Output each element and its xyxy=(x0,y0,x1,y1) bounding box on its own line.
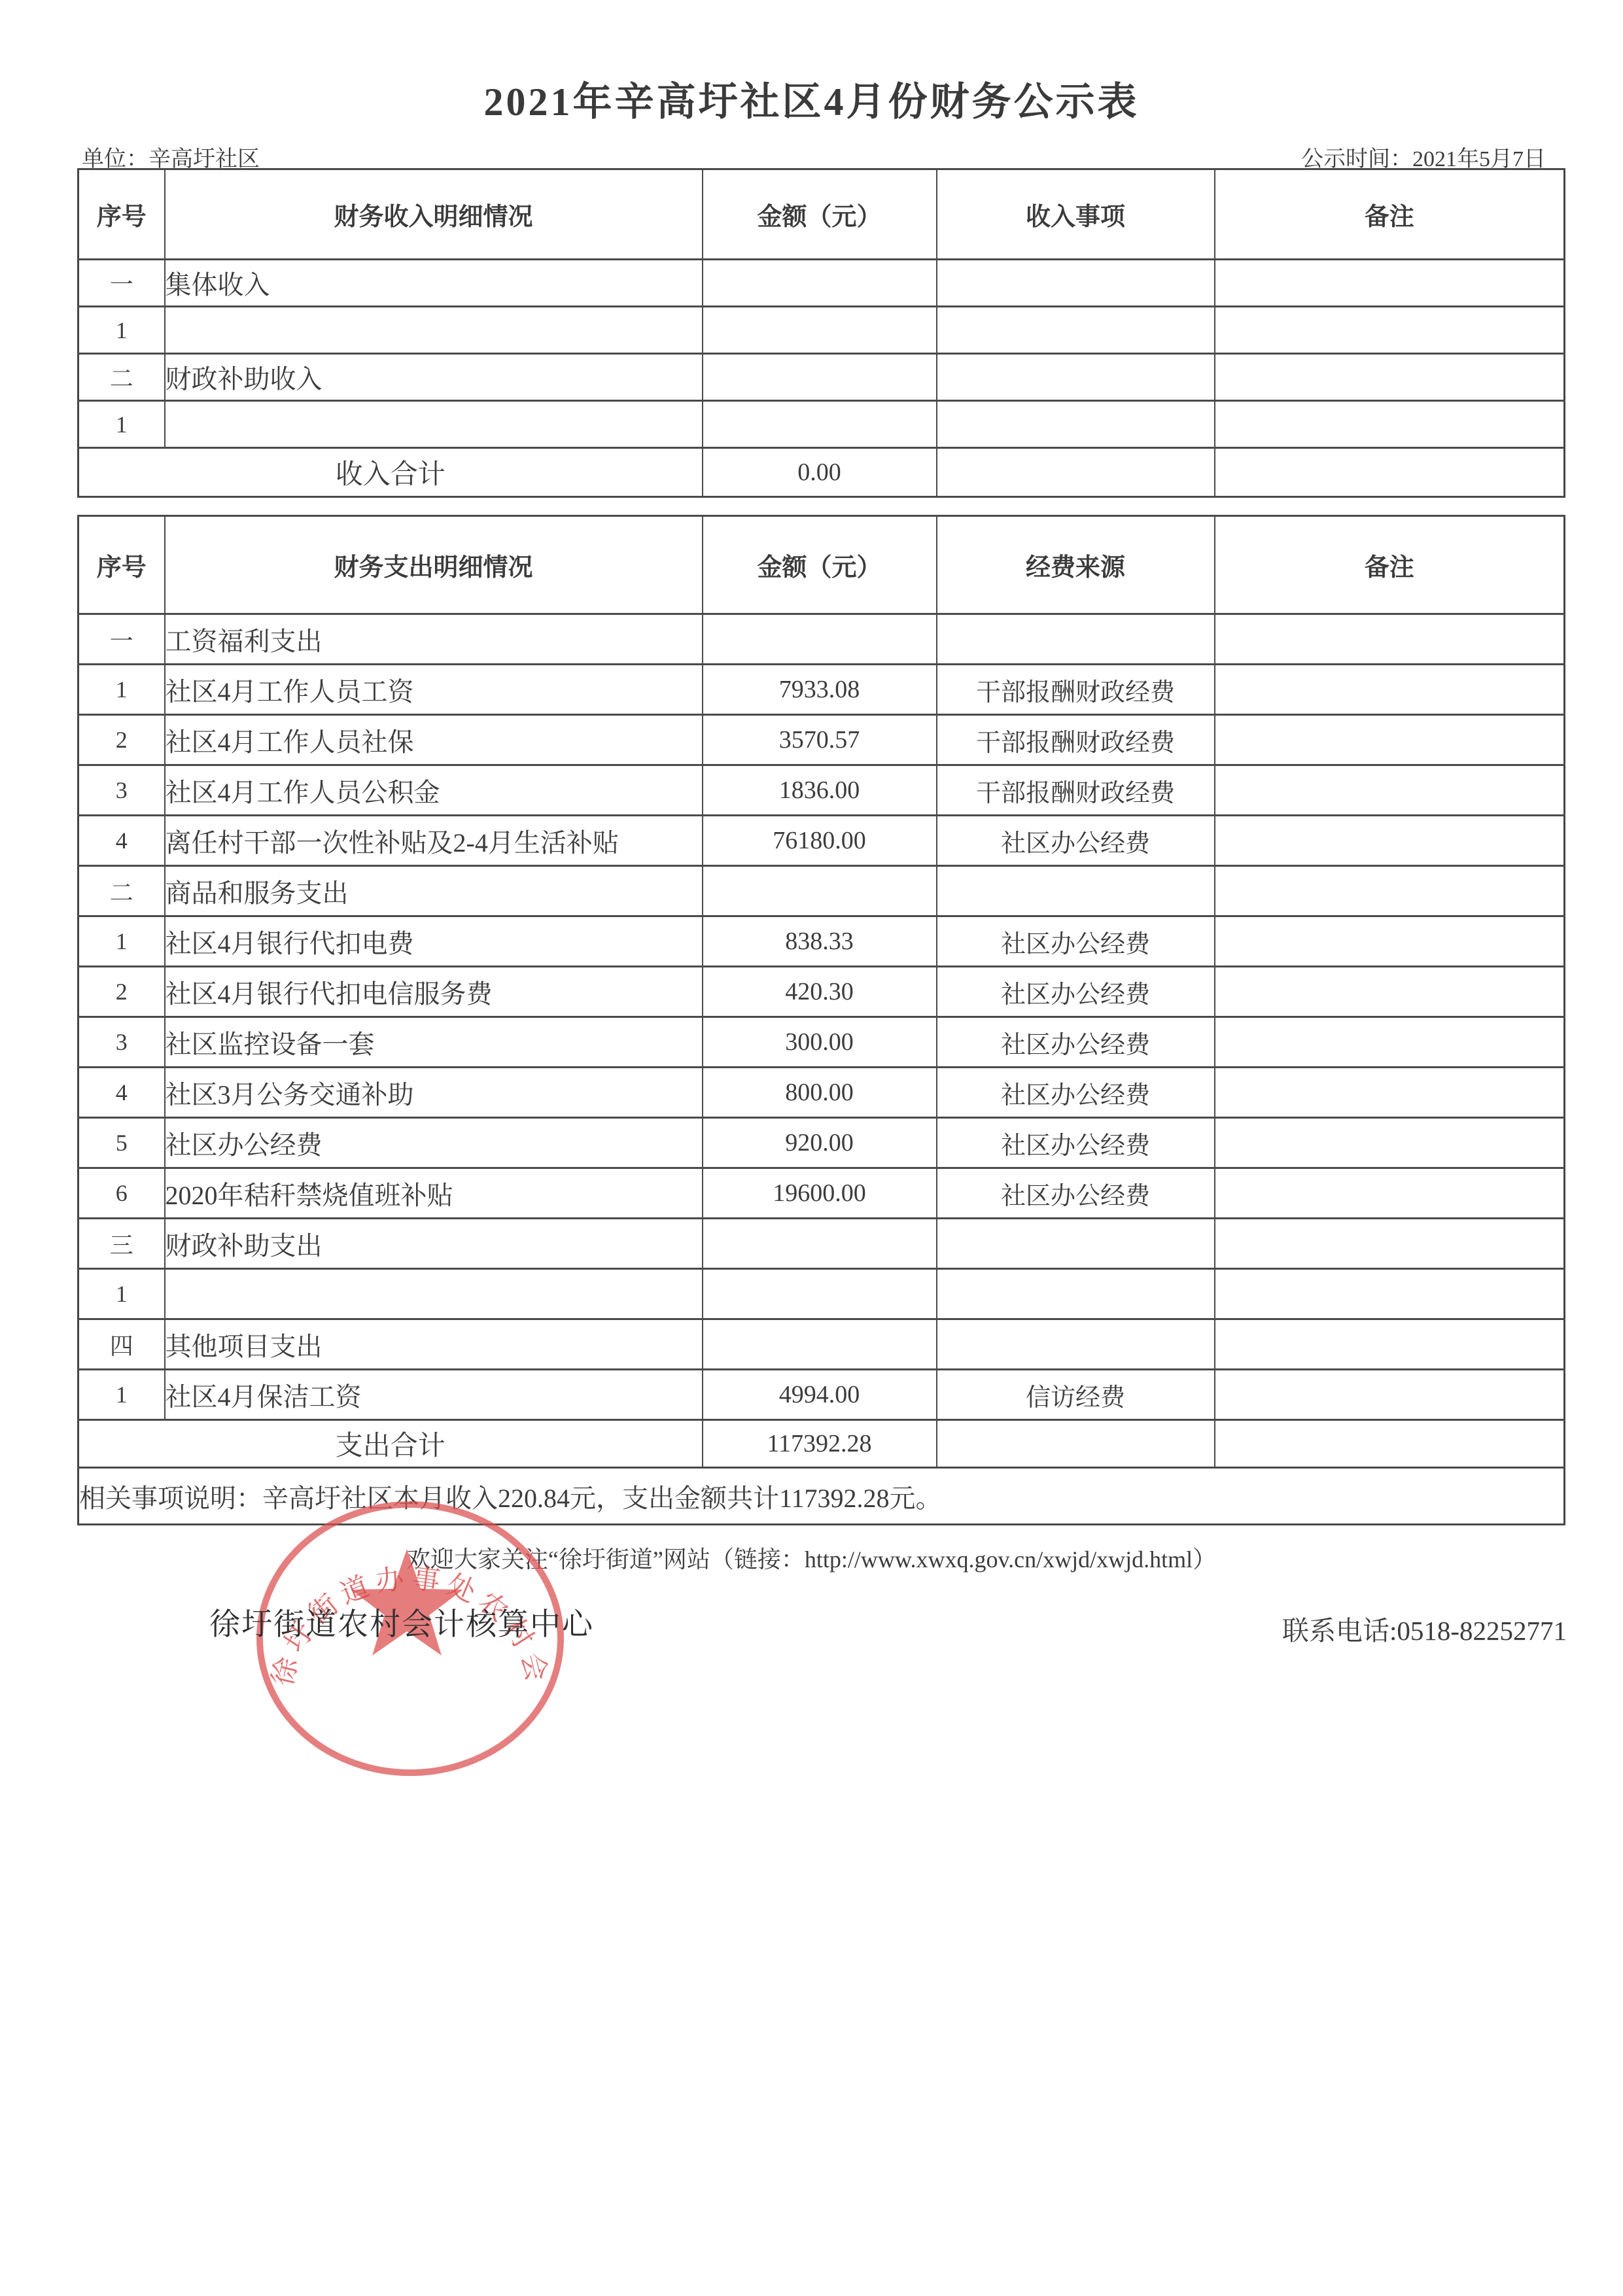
desc-cell: 社区4月工作人员公积金 xyxy=(165,765,703,816)
note-cell xyxy=(1215,765,1565,816)
seq-cell: 1 xyxy=(79,307,165,354)
desc-cell: 社区4月工作人员社保 xyxy=(165,715,703,765)
income-table: 序号 财务收入明细情况 金额（元） 收入事项 备注 一 集体收入 1 二 财政补… xyxy=(77,168,1565,498)
desc-cell: 其他项目支出 xyxy=(165,1319,703,1370)
desc-cell: 社区4月银行代扣电费 xyxy=(165,916,703,967)
source-cell: 社区办公经费 xyxy=(937,1017,1215,1068)
table-row: 3 社区4月工作人员公积金 1836.00 干部报酬财政经费 xyxy=(79,765,1565,816)
table-row: 1 xyxy=(79,1269,1565,1319)
amount-cell xyxy=(703,260,937,307)
expense-header-seq: 序号 xyxy=(79,516,165,614)
desc-cell: 商品和服务支出 xyxy=(165,866,703,916)
amount-cell xyxy=(703,1319,937,1370)
note-cell xyxy=(1215,1017,1565,1068)
amount-cell: 4994.00 xyxy=(703,1370,937,1420)
table-row: 三 财政补助支出 xyxy=(79,1219,1565,1269)
seq-cell: 一 xyxy=(79,260,165,307)
svg-text:徐圩街道办事处农村会计核算中心: 徐圩街道办事处农村会计核算中心 xyxy=(252,1497,553,1690)
note-cell xyxy=(1215,1319,1565,1370)
table-row: 2 社区4月工作人员社保 3570.57 干部报酬财政经费 xyxy=(79,715,1565,765)
meta-line: 单位：辛高圩社区 公示时间：2021年5月7日 xyxy=(82,141,1546,168)
income-total-note xyxy=(1215,448,1565,497)
table-row: 1 社区4月工作人员工资 7933.08 干部报酬财政经费 xyxy=(79,665,1565,715)
table-row: 一 集体收入 xyxy=(79,260,1565,307)
source-cell: 干部报酬财政经费 xyxy=(937,715,1215,765)
amount-cell: 838.33 xyxy=(703,916,937,967)
amount-cell: 300.00 xyxy=(703,1017,937,1068)
seq-cell: 四 xyxy=(79,1319,165,1370)
accounting-center-name: 徐圩街道农村会计核算中心 xyxy=(209,1600,594,1644)
expense-total-amount: 117392.28 xyxy=(703,1420,937,1468)
seq-cell: 6 xyxy=(79,1168,165,1219)
source-cell xyxy=(937,1269,1215,1319)
seq-cell: 5 xyxy=(79,1118,165,1168)
source-cell xyxy=(937,1319,1215,1370)
document-page: 2021年辛高圩社区4月份财务公示表 单位：辛高圩社区 公示时间：2021年5月… xyxy=(0,0,1623,2296)
note-cell xyxy=(1215,1168,1565,1219)
table-row: 一 工资福利支出 xyxy=(79,614,1565,665)
note-cell xyxy=(1215,1269,1565,1319)
income-header-desc: 财务收入明细情况 xyxy=(165,169,703,260)
note-cell xyxy=(1215,1370,1565,1420)
income-total-row: 收入合计 0.00 xyxy=(79,448,1565,497)
source-cell xyxy=(937,401,1215,448)
table-row: 二 财政补助收入 xyxy=(79,354,1565,401)
income-header-row: 序号 财务收入明细情况 金额（元） 收入事项 备注 xyxy=(79,169,1565,260)
table-row: 1 xyxy=(79,401,1565,448)
seq-cell: 2 xyxy=(79,715,165,765)
expense-total-label: 支出合计 xyxy=(79,1420,703,1468)
amount-cell xyxy=(703,866,937,916)
amount-cell xyxy=(703,614,937,665)
seq-cell: 1 xyxy=(79,916,165,967)
table-row: 4 离任村干部一次性补贴及2-4月生活补贴 76180.00 社区办公经费 xyxy=(79,816,1565,866)
note-cell xyxy=(1215,307,1565,354)
note-cell xyxy=(1215,967,1565,1017)
desc-cell xyxy=(165,307,703,354)
amount-cell xyxy=(703,354,937,401)
source-cell xyxy=(937,307,1215,354)
table-row: 四 其他项目支出 xyxy=(79,1319,1565,1370)
note-cell xyxy=(1215,816,1565,866)
expense-header-amount: 金额（元） xyxy=(703,516,937,614)
table-row: 二 商品和服务支出 xyxy=(79,866,1565,916)
expense-header-source: 经费来源 xyxy=(937,516,1215,614)
desc-cell: 工资福利支出 xyxy=(165,614,703,665)
note-cell xyxy=(1215,916,1565,967)
seq-cell: 4 xyxy=(79,816,165,866)
website-note: 欢迎大家关注“徐圩街道”网站（链接：http://www.xwxq.gov.cn… xyxy=(0,1541,1623,1574)
source-cell: 社区办公经费 xyxy=(937,1118,1215,1168)
source-cell: 社区办公经费 xyxy=(937,1068,1215,1118)
desc-cell xyxy=(165,401,703,448)
income-total-label: 收入合计 xyxy=(79,448,703,497)
amount-cell: 7933.08 xyxy=(703,665,937,715)
table-row: 1 社区4月银行代扣电费 838.33 社区办公经费 xyxy=(79,916,1565,967)
desc-cell: 社区监控设备一套 xyxy=(165,1017,703,1068)
source-cell: 社区办公经费 xyxy=(937,967,1215,1017)
desc-cell: 社区4月保洁工资 xyxy=(165,1370,703,1420)
income-header-note: 备注 xyxy=(1215,169,1565,260)
income-total-source xyxy=(937,448,1215,497)
source-cell xyxy=(937,354,1215,401)
source-cell: 干部报酬财政经费 xyxy=(937,665,1215,715)
seq-cell: 二 xyxy=(79,866,165,916)
note-cell xyxy=(1215,614,1565,665)
amount-cell xyxy=(703,401,937,448)
income-header-source: 收入事项 xyxy=(937,169,1215,260)
expense-header-note: 备注 xyxy=(1215,516,1565,614)
expense-total-note xyxy=(1215,1420,1565,1468)
income-total-amount: 0.00 xyxy=(703,448,937,497)
seq-cell: 1 xyxy=(79,1370,165,1420)
note-cell xyxy=(1215,260,1565,307)
seq-cell: 2 xyxy=(79,967,165,1017)
amount-cell: 19600.00 xyxy=(703,1168,937,1219)
source-cell xyxy=(937,614,1215,665)
desc-cell xyxy=(165,1269,703,1319)
expense-header-row: 序号 财务支出明细情况 金额（元） 经费来源 备注 xyxy=(79,516,1565,614)
amount-cell: 1836.00 xyxy=(703,765,937,816)
stamp-arc-text: 徐圩街道办事处农村会计核算中心 xyxy=(252,1497,553,1690)
table-row: 1 xyxy=(79,307,1565,354)
income-header-seq: 序号 xyxy=(79,169,165,260)
desc-cell: 离任村干部一次性补贴及2-4月生活补贴 xyxy=(165,816,703,866)
amount-cell: 76180.00 xyxy=(703,816,937,866)
page-title: 2021年辛高圩社区4月份财务公示表 xyxy=(0,71,1623,127)
expense-table: 序号 财务支出明细情况 金额（元） 经费来源 备注 一 工资福利支出 1 社区4… xyxy=(77,515,1565,1525)
amount-cell: 920.00 xyxy=(703,1118,937,1168)
note-cell xyxy=(1215,1219,1565,1269)
seq-cell: 1 xyxy=(79,1269,165,1319)
desc-cell: 财政补助收入 xyxy=(165,354,703,401)
note-cell xyxy=(1215,866,1565,916)
table-row: 3 社区监控设备一套 300.00 社区办公经费 xyxy=(79,1017,1565,1068)
desc-cell: 2020年秸秆禁烧值班补贴 xyxy=(165,1168,703,1219)
amount-cell: 420.30 xyxy=(703,967,937,1017)
amount-cell xyxy=(703,1219,937,1269)
seq-cell: 二 xyxy=(79,354,165,401)
seq-cell: 4 xyxy=(79,1068,165,1118)
amount-cell: 800.00 xyxy=(703,1068,937,1118)
seq-cell: 三 xyxy=(79,1219,165,1269)
note-cell xyxy=(1215,715,1565,765)
desc-cell: 社区4月银行代扣电信服务费 xyxy=(165,967,703,1017)
source-cell xyxy=(937,260,1215,307)
source-cell: 社区办公经费 xyxy=(937,1168,1215,1219)
note-cell xyxy=(1215,665,1565,715)
source-cell: 干部报酬财政经费 xyxy=(937,765,1215,816)
desc-cell: 社区4月工作人员工资 xyxy=(165,665,703,715)
desc-cell: 社区办公经费 xyxy=(165,1118,703,1168)
amount-cell xyxy=(703,307,937,354)
desc-cell: 集体收入 xyxy=(165,260,703,307)
desc-cell: 社区3月公务交通补助 xyxy=(165,1068,703,1118)
table-row: 2 社区4月银行代扣电信服务费 420.30 社区办公经费 xyxy=(79,967,1565,1017)
table-row: 5 社区办公经费 920.00 社区办公经费 xyxy=(79,1118,1565,1168)
seq-cell: 3 xyxy=(79,1017,165,1068)
amount-cell xyxy=(703,1269,937,1319)
seq-cell: 一 xyxy=(79,614,165,665)
expense-total-source xyxy=(937,1420,1215,1468)
note-cell xyxy=(1215,1118,1565,1168)
income-header-amount: 金额（元） xyxy=(703,169,937,260)
contact-phone: 联系电话:0518-82252771 xyxy=(1282,1609,1567,1648)
source-cell xyxy=(937,1219,1215,1269)
note-cell xyxy=(1215,1068,1565,1118)
table-row: 6 2020年秸秆禁烧值班补贴 19600.00 社区办公经费 xyxy=(79,1168,1565,1219)
seq-cell: 1 xyxy=(79,665,165,715)
table-row: 1 社区4月保洁工资 4994.00 信访经费 xyxy=(79,1370,1565,1420)
source-cell: 社区办公经费 xyxy=(937,816,1215,866)
expense-total-row: 支出合计 117392.28 xyxy=(79,1420,1565,1468)
note-cell xyxy=(1215,401,1565,448)
amount-cell: 3570.57 xyxy=(703,715,937,765)
seq-cell: 3 xyxy=(79,765,165,816)
seq-cell: 1 xyxy=(79,401,165,448)
table-row: 4 社区3月公务交通补助 800.00 社区办公经费 xyxy=(79,1068,1565,1118)
note-cell xyxy=(1215,354,1565,401)
source-cell: 信访经费 xyxy=(937,1370,1215,1420)
expense-header-desc: 财务支出明细情况 xyxy=(165,516,703,614)
source-cell: 社区办公经费 xyxy=(937,916,1215,967)
source-cell xyxy=(937,866,1215,916)
desc-cell: 财政补助支出 xyxy=(165,1219,703,1269)
